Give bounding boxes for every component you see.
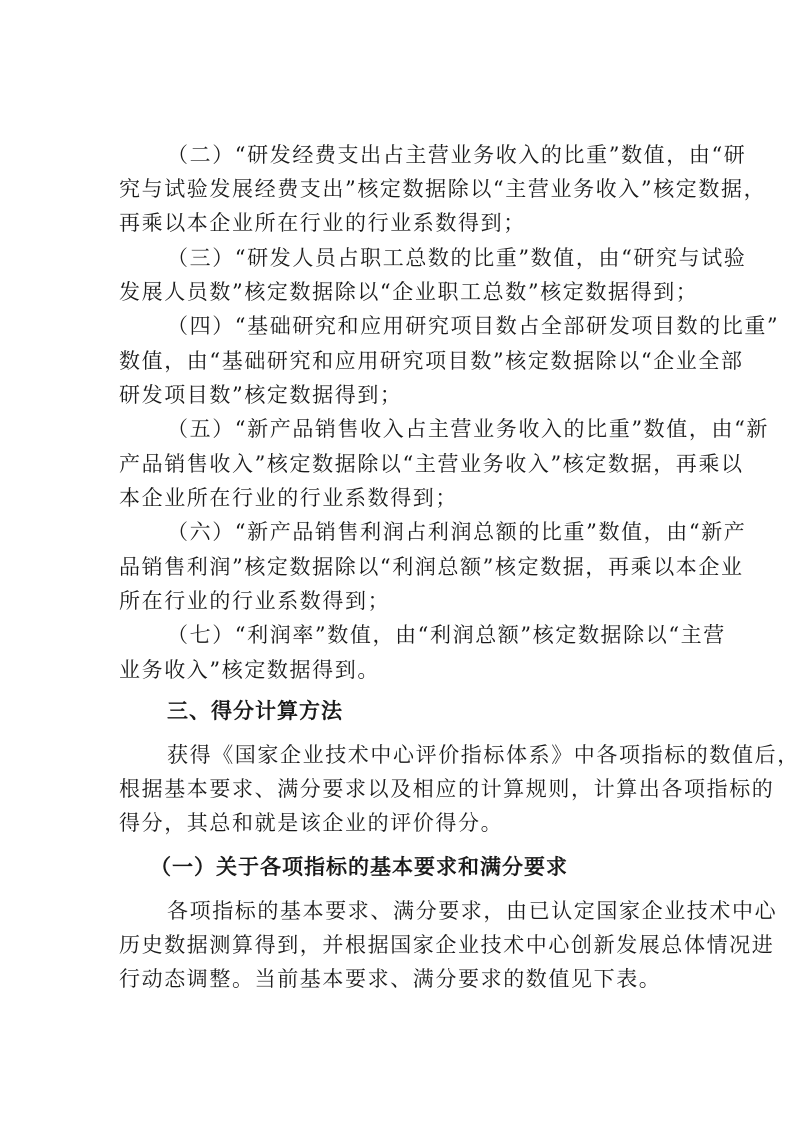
paragraph-line: 数值，由“基础研究和应用研究项目数”核定数据除以“企业全部 xyxy=(119,344,691,378)
document-page: （二）“研发经费支出占主营业务收入的比重”数值，由“研 究与试验发展经费支出”核… xyxy=(0,0,793,1122)
paragraph-line: （四）“基础研究和应用研究项目数占全部研发项目数的比重” xyxy=(167,309,691,343)
section-paragraph-line: 得分，其总和就是该企业的评价得分。 xyxy=(119,806,691,840)
paragraph-line: （五）“新产品销售收入占主营业务收入的比重”数值，由“新 xyxy=(167,412,691,446)
section-heading: 三、得分计算方法 xyxy=(167,694,343,728)
paragraph-line: （二）“研发经费支出占主营业务收入的比重”数值，由“研 xyxy=(167,138,691,172)
paragraph-line: （三）“研发人员占职工总数的比重”数值，由“研究与试验 xyxy=(167,241,691,275)
paragraph-line: 发展人员数”核定数据除以“企业职工总数”核定数据得到； xyxy=(119,275,691,309)
paragraph-line: 本企业所在行业的行业系数得到； xyxy=(119,481,691,515)
paragraph-line: 产品销售收入”核定数据除以“主营业务收入”核定数据，再乘以 xyxy=(119,447,691,481)
paragraph-line: 品销售利润”核定数据除以“利润总额”核定数据，再乘以本企业 xyxy=(119,550,691,584)
paragraph-line: 再乘以本企业所在行业的行业系数得到； xyxy=(119,206,691,240)
section-paragraph-line: 获得《国家企业技术中心评价指标体系》中各项指标的数值后， xyxy=(167,738,691,772)
subsection-paragraph-line: 历史数据测算得到，并根据国家企业技术中心创新发展总体情况进 xyxy=(119,928,691,962)
paragraph-line: 究与试验发展经费支出”核定数据除以“主营业务收入”核定数据， xyxy=(119,172,691,206)
paragraph-line: 所在行业的行业系数得到； xyxy=(119,584,691,618)
subsection-heading: （一）关于各项指标的基本要求和满分要求 xyxy=(150,850,568,884)
subsection-paragraph-line: 各项指标的基本要求、满分要求，由已认定国家企业技术中心 xyxy=(167,894,691,928)
paragraph-line: （七）“利润率”数值，由“利润总额”核定数据除以“主营 xyxy=(167,618,691,652)
paragraph-line: 研发项目数”核定数据得到； xyxy=(119,378,691,412)
paragraph-line: （六）“新产品销售利润占利润总额的比重”数值，由“新产 xyxy=(167,515,691,549)
subsection-paragraph-line: 行动态调整。当前基本要求、满分要求的数值见下表。 xyxy=(119,962,691,996)
paragraph-line: 业务收入”核定数据得到。 xyxy=(119,653,691,687)
section-paragraph-line: 根据基本要求、满分要求以及相应的计算规则，计算出各项指标的 xyxy=(119,772,691,806)
